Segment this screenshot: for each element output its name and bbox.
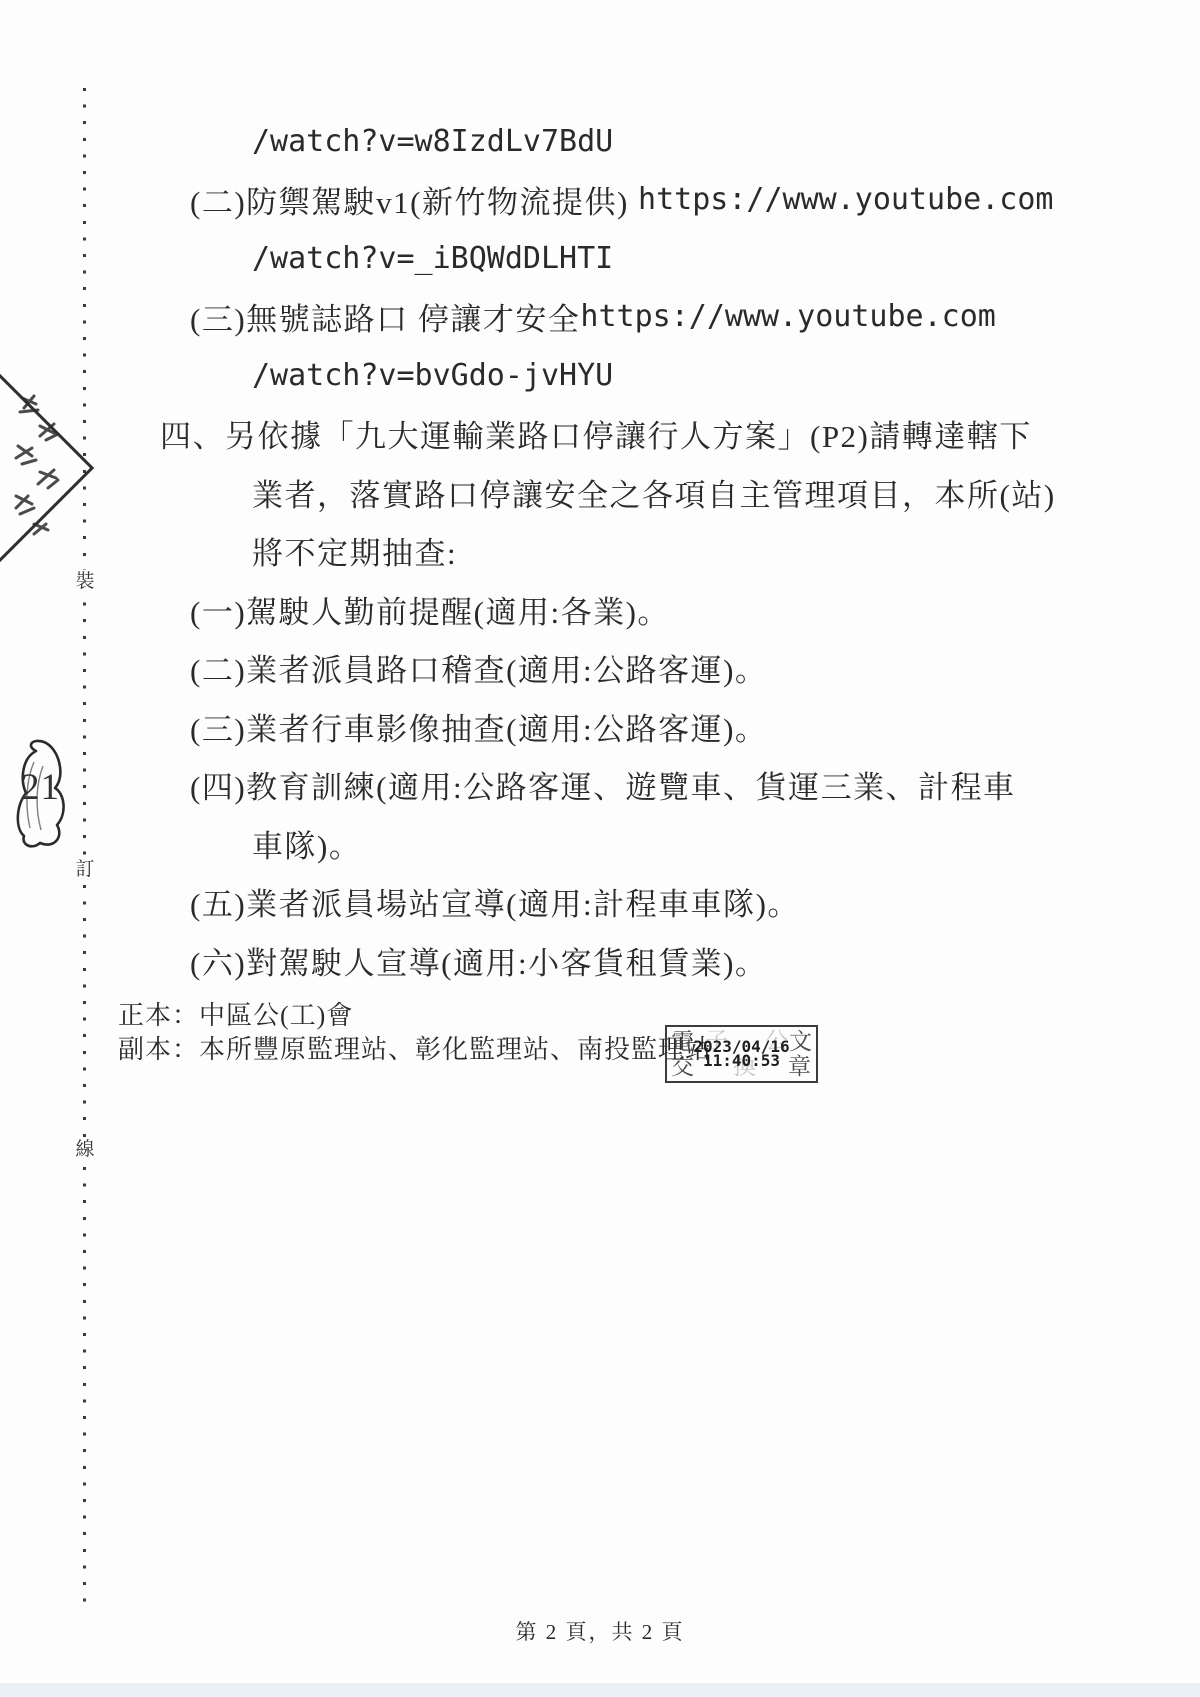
body-line-url-text: /watch?v=bvGdo-jvHYU (252, 358, 613, 393)
body-line-url-text: /watch?v=w8IzdLv7BdU (252, 124, 613, 159)
body-line: (六)對駕駛人宣導(適用:小客貨租賃業)。 (0, 931, 1200, 990)
recipient-copy: 副本：本所豐原監理站、彰化監理站、南投監理站 (118, 1029, 712, 1066)
exchange-stamp: 電 子 公 文 交 換 章 2023/04/16 11:40:53 (665, 1025, 818, 1083)
body-line: 業者，落實路口停讓安全之各項自主管理項目，本所(站) (0, 463, 1200, 522)
body-line: (五)業者派員場站宣導(適用:計程車車隊)。 (0, 873, 1200, 932)
body-line-text: (三)業者行車影像抽查(適用:公路客運)。 (190, 704, 767, 749)
body-line-text: (二)業者派員路口稽查(適用:公路客運)。 (190, 645, 767, 690)
page-footer: 第 2 頁，共 2 頁 (0, 1616, 1200, 1646)
body-line: 將不定期抽查: (0, 522, 1200, 581)
recipient-original: 正本：中區公(工)會 (118, 995, 353, 1032)
body-line-text: 車隊)。 (252, 821, 361, 866)
body-line-text: (三)無號誌路口 停讓才安全 (190, 294, 580, 339)
document-body: /watch?v=w8IzdLv7BdU (二)防禦駕駛v1(新竹物流提供) h… (0, 112, 1200, 990)
body-line-text: (一)駕駛人勤前提醒(適用:各業)。 (190, 587, 670, 632)
body-line-text: 四、另依據「九大運輸業路口停讓行人方案」(P2)請轉達轄下 (160, 411, 1032, 456)
body-line-text: (五)業者派員場站宣導(適用:計程車車隊)。 (190, 879, 800, 924)
body-line: (三)業者行車影像抽查(適用:公路客運)。 (0, 697, 1200, 756)
body-line: (二)防禦駕駛v1(新竹物流提供) https://www.youtube.co… (0, 171, 1200, 230)
body-line-text: (二)防禦駕駛v1(新竹物流提供) (190, 177, 638, 222)
body-line: (一)駕駛人勤前提醒(適用:各業)。 (0, 580, 1200, 639)
body-line-text: (四)教育訓練(適用:公路客運、遊覽車、貨運三業、計程車 (190, 762, 1016, 807)
document-page: 裝 訂 線 21 /watch?v=w8IzdLv7BdU (二)防禦駕駛v1(… (0, 0, 1200, 1697)
binding-mark-xian: 線 (74, 1138, 96, 1162)
body-line-url-text: /watch?v=_iBQWdDLHTI (252, 241, 613, 276)
body-line-text: (六)對駕駛人宣導(適用:小客貨租賃業)。 (190, 938, 767, 983)
body-line: (三)無號誌路口 停讓才安全https://www.youtube.com (0, 288, 1200, 347)
body-line-text: 業者，落實路口停讓安全之各項自主管理項目，本所(站) (252, 470, 1056, 515)
stamp-time: 11:40:53 (667, 1053, 816, 1069)
body-line: /watch?v=w8IzdLv7BdU (0, 112, 1200, 171)
body-line: 車隊)。 (0, 814, 1200, 873)
body-line: (四)教育訓練(適用:公路客運、遊覽車、貨運三業、計程車 (0, 756, 1200, 815)
scan-edge-band (0, 1683, 1200, 1697)
body-line: /watch?v=_iBQWdDLHTI (0, 229, 1200, 288)
body-line-url-text: https://www.youtube.com (580, 299, 995, 334)
body-line: 四、另依據「九大運輸業路口停讓行人方案」(P2)請轉達轄下 (0, 405, 1200, 464)
body-line-text: 將不定期抽查: (252, 528, 457, 573)
body-line: (二)業者派員路口稽查(適用:公路客運)。 (0, 639, 1200, 698)
body-line-url-text: https://www.youtube.com (638, 182, 1053, 217)
body-line: /watch?v=bvGdo-jvHYU (0, 346, 1200, 405)
